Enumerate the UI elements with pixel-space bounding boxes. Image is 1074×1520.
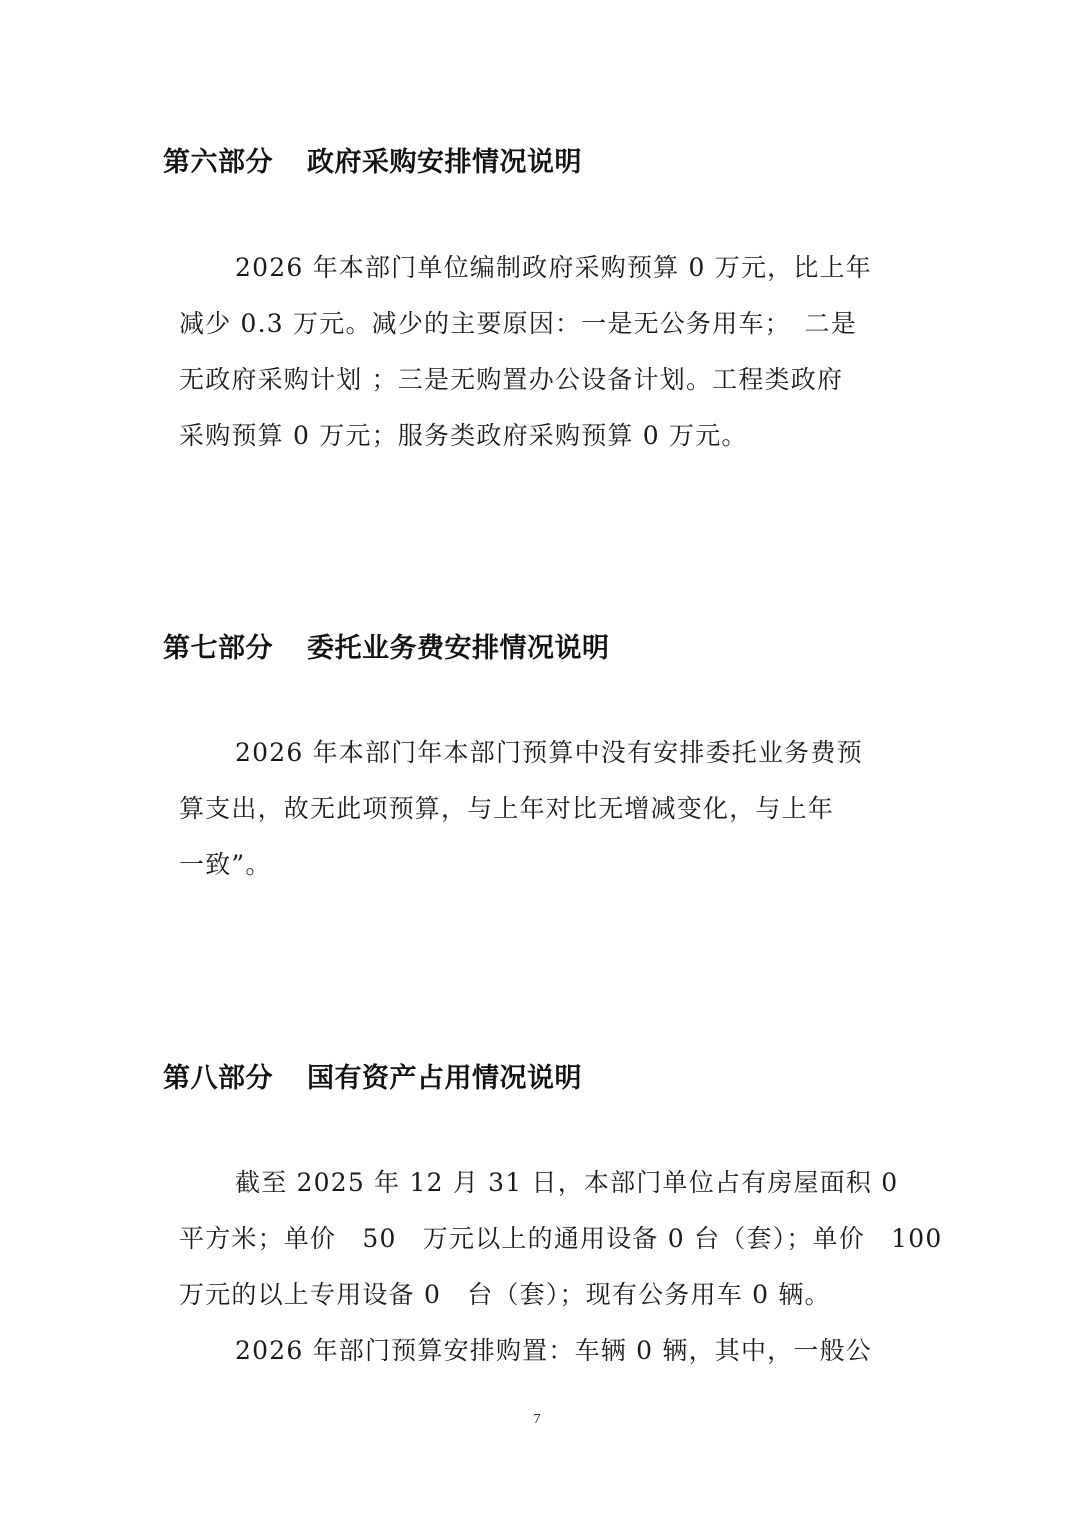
section-7-heading: 第七部分委托业务费安排情况说明	[163, 632, 610, 666]
paragraph-line: 采购预算 0 万元；服务类政府采购预算 0 万元。	[179, 408, 915, 464]
section-7-number: 第七部分	[163, 633, 273, 664]
document-page: 第六部分政府采购安排情况说明 2026 年本部门单位编制政府采购预算 0 万元，…	[0, 0, 1074, 1520]
section-7-paragraph: 2026 年本部门年本部门预算中没有安排委托业务费预 算支出，故无此项预算，与上…	[179, 725, 915, 893]
section-8-paragraph-2: 2026 年部门预算安排购置：车辆 0 辆，其中，一般公	[179, 1323, 915, 1379]
section-8-title: 国有资产占用情况说明	[307, 1063, 582, 1094]
paragraph-line: 无政府采购计划 ；三是无购置办公设备计划。工程类政府	[179, 352, 915, 408]
section-6-heading: 第六部分政府采购安排情况说明	[163, 146, 582, 180]
paragraph-line: 平方米；单价 50 万元以上的通用设备 0 台（套）；单价 100	[179, 1211, 915, 1267]
paragraph-line: 万元的以上专用设备 0 台（套）；现有公务用车 0 辆。	[179, 1267, 915, 1323]
section-8-heading: 第八部分国有资产占用情况说明	[163, 1062, 582, 1096]
paragraph-line: 算支出，故无此项预算，与上年对比无增减变化，与上年	[179, 781, 915, 837]
paragraph-line: 截至 2025 年 12 月 31 日，本部门单位占有房屋面积 0	[179, 1155, 915, 1211]
section-6-paragraph: 2026 年本部门单位编制政府采购预算 0 万元，比上年 减少 0.3 万元。减…	[179, 240, 915, 464]
section-6-number: 第六部分	[163, 147, 273, 178]
section-7-title: 委托业务费安排情况说明	[307, 633, 610, 664]
section-8-number: 第八部分	[163, 1063, 273, 1094]
section-8-paragraph-1: 截至 2025 年 12 月 31 日，本部门单位占有房屋面积 0 平方米；单价…	[179, 1155, 915, 1323]
paragraph-line: 一致”。	[179, 837, 915, 893]
paragraph-line: 2026 年本部门年本部门预算中没有安排委托业务费预	[179, 725, 915, 781]
paragraph-line: 2026 年部门预算安排购置：车辆 0 辆，其中，一般公	[179, 1323, 915, 1379]
paragraph-line: 2026 年本部门单位编制政府采购预算 0 万元，比上年	[179, 240, 915, 296]
page-number: 7	[0, 1412, 1074, 1428]
section-6-title: 政府采购安排情况说明	[307, 147, 582, 178]
paragraph-line: 减少 0.3 万元。减少的主要原因：一是无公务用车； 二是	[179, 296, 915, 352]
